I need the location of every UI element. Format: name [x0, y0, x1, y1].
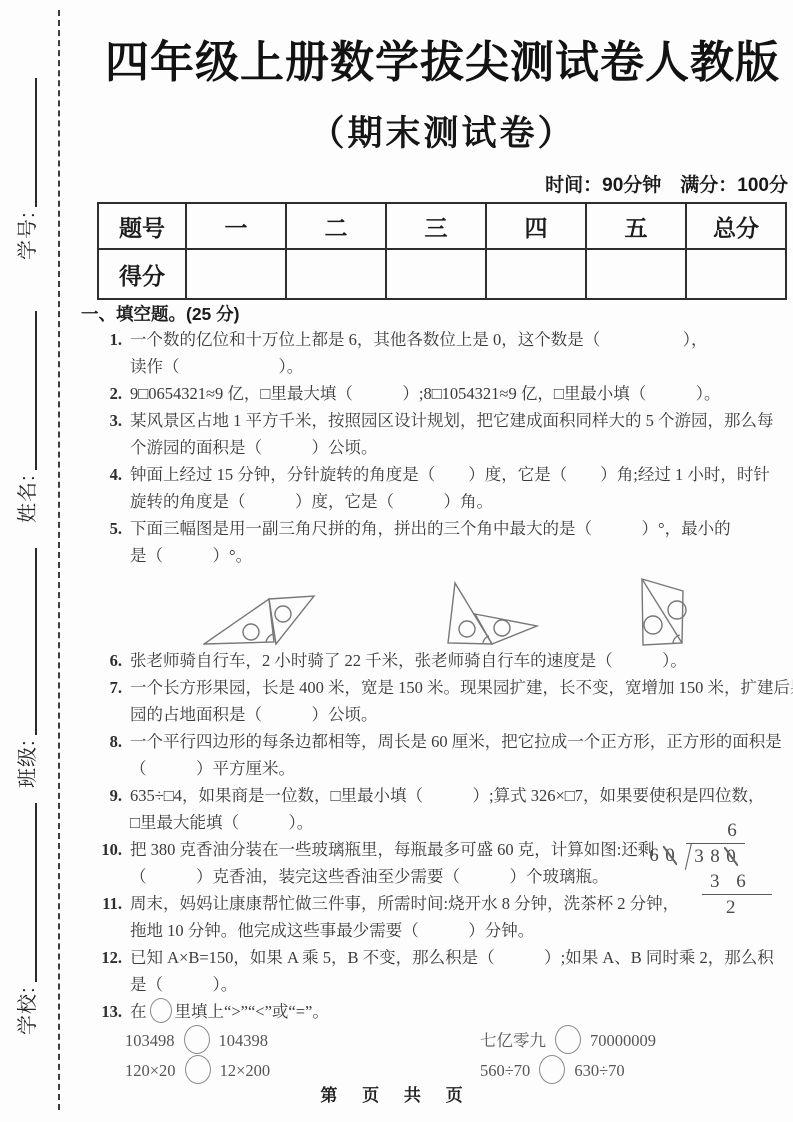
question-number: 13. [95, 998, 122, 1025]
question-number: 6. [95, 647, 122, 674]
score-header-cell: 一 [186, 203, 286, 249]
division-dividend: 380 [686, 843, 745, 869]
exam-page: 四年级上册数学拔尖测试卷人教版 （期末测试卷） 时间：90分钟 满分：100分 … [95, 0, 790, 1085]
class-blank-line [35, 548, 37, 735]
question-number: 4. [95, 461, 122, 488]
question-2-line-1: 2.9□0654321≈9 亿，□里最大填（ ）;8□1054321≈9 亿，□… [95, 380, 790, 407]
score-table-header-row: 题号 一 二 三 四 五 总分 [98, 203, 786, 249]
question-number: 9. [95, 782, 122, 809]
question-1-line-1: 1.一个数的亿位和十万位上都是 6，其他各数位上是 0，这个数是（ ）， [95, 326, 790, 353]
question-5-line-2: 是（ ）°。 [95, 542, 790, 569]
question-text: 一个长方形果园，长是 400 米，宽是 150 米。现果园扩建，长不变，宽增加 … [130, 678, 793, 697]
sidebar-student-id: 学号: [14, 78, 40, 260]
score-cell [286, 249, 386, 299]
long-division-figure: 6 6 0 380 3 6 2 [646, 818, 788, 920]
compare-circle-icon [184, 1025, 210, 1054]
page-footer: 第 页 共 页 [0, 1081, 793, 1106]
question-5-line-1: 5.下面三幅图是用一副三角尺拼的角，拼出的三个角中最大的是（ ）°，最小的 [95, 515, 790, 542]
score-header-cell: 三 [386, 203, 486, 249]
score-header-cell: 二 [286, 203, 386, 249]
question-text: 个游园的面积是（ ）公顷。 [130, 438, 378, 457]
score-header-cell: 总分 [686, 203, 786, 249]
division-main-row: 6 0 380 [646, 843, 788, 869]
compare-right-value: 630÷70 [574, 1061, 624, 1080]
score-cell [586, 249, 686, 299]
name-label: 姓名: [16, 474, 40, 523]
question-4-line-1: 4.钟面上经过 15 分钟，分针旋转的角度是（ ）度，它是（ ）角;经过 1 小… [95, 461, 790, 488]
question-text: □里最大能填（ ）。 [130, 813, 313, 832]
triangle-ruler-figure-2-icon [446, 581, 541, 647]
question-13-line-1: 13.在里填上“>”“<”或“=”。 [95, 998, 790, 1025]
compare-right-value: 70000009 [590, 1031, 656, 1050]
compare-circle-icon [150, 998, 172, 1023]
question-3-line-1: 3.某风景区占地 1 平方千米，按照园区设计规划，把它建成面积同样大的 5 个游… [95, 407, 790, 434]
question-text: 是（ ）°。 [130, 546, 252, 565]
question-9-line-1: 9.635÷□4，如果商是一位数，□里最小填（ ）;算式 326×□7，如果要使… [95, 782, 790, 809]
question-text: 钟面上经过 15 分钟，分针旋转的角度是（ ）度，它是（ ）角;经过 1 小时，… [130, 465, 770, 484]
question-text: 旋转的角度是（ ）度，它是（ ）角。 [130, 492, 493, 511]
question-7-line-2: 园的占地面积是（ ）公顷。 [95, 701, 790, 728]
question-number: 12. [95, 944, 122, 971]
question-number: 2. [95, 380, 122, 407]
score-header-cell: 题号 [98, 203, 186, 249]
exam-meta: 时间：90分钟 满分：100分 [95, 175, 790, 197]
question-number: 7. [95, 674, 122, 701]
student-id-blank-line [35, 78, 37, 207]
question-text: （ ）克香油，装完这些香油至少需要（ ）个玻璃瓶。 [130, 867, 609, 886]
question-text: 已知 A×B=150，如果 A 乘 5，B 不变，那么积是（ ）;如果 A、B … [130, 948, 774, 967]
sidebar-name: 姓名: [14, 311, 40, 523]
triangle-ruler-figure-1-icon [203, 595, 318, 647]
class-label: 班级: [16, 739, 40, 788]
compare-right-value: 12×200 [220, 1061, 271, 1080]
compare-circle-icon [185, 1055, 211, 1084]
question-number: 1. [95, 326, 122, 353]
score-header-cell: 五 [586, 203, 686, 249]
compare-circle-icon [555, 1025, 581, 1054]
section-heading: 一、填空题。(25 分) [81, 302, 790, 326]
question-text: 9□0654321≈9 亿，□里最大填（ ）;8□1054321≈9 亿，□里最… [130, 384, 721, 403]
page-title: 四年级上册数学拔尖测试卷人教版 [95, 36, 790, 90]
question-text: 是（ ）。 [130, 975, 237, 994]
score-row-label: 得分 [98, 249, 186, 299]
score-cell [386, 249, 486, 299]
question-text: 里填上“>”“<”或“=”。 [175, 1002, 329, 1021]
page-subtitle: （期末测试卷） [95, 111, 790, 157]
name-blank-line [35, 311, 37, 470]
question-11-line-2: 拖地 10 分钟。他完成这些事最少需要（ ）分钟。 [95, 917, 790, 944]
division-dividend-struck-zero: 0 [723, 844, 739, 869]
compare-left-value: 560÷70 [480, 1061, 530, 1080]
school-label: 学校: [16, 986, 40, 1035]
question-text: 周末，妈妈让康康帮忙做三件事，所需时间:烧开水 8 分钟，洗茶杯 2 分钟， [130, 894, 679, 913]
sidebar-class: 班级: [14, 548, 40, 788]
question-number: 5. [95, 515, 122, 542]
compare-left-value: 七亿零九 [480, 1031, 546, 1050]
question-text: 某风景区占地 1 平方千米，按照园区设计规划，把它建成面积同样大的 5 个游园，… [130, 411, 774, 430]
compare-item: 103498104398 [125, 1025, 480, 1055]
triangle-ruler-figure-3-icon [636, 577, 698, 647]
score-cell [186, 249, 286, 299]
question-number: 11. [95, 890, 122, 917]
question-text: 在 [130, 1002, 147, 1021]
question-12-line-1: 12.已知 A×B=150，如果 A 乘 5，B 不变，那么积是（ ）;如果 A… [95, 944, 790, 971]
question-text: 读作（ ）。 [130, 357, 303, 376]
score-cell [686, 249, 786, 299]
division-remainder: 2 [702, 895, 788, 920]
questions-section: 一、填空题。(25 分) 1.一个数的亿位和十万位上都是 6，其他各数位上是 0… [95, 302, 790, 1085]
compare-row-1: 103498104398 七亿零九70000009 [95, 1025, 790, 1055]
triangle-figures-row [203, 569, 790, 647]
question-4-line-2: 旋转的角度是（ ）度，它是（ ）角。 [95, 488, 790, 515]
question-6-line-1: 6.张老师骑自行车，2 小时骑了 22 千米，张老师骑自行车的速度是（ ）。 [95, 647, 790, 674]
score-table-score-row: 得分 [98, 249, 786, 299]
compare-left-value: 120×20 [125, 1061, 176, 1080]
question-8-line-1: 8.一个平行四边形的每条边都相等，周长是 60 厘米，把它拉成一个正方形，正方形… [95, 728, 790, 755]
question-number: 10. [95, 836, 122, 863]
question-text: 下面三幅图是用一副三角尺拼的角，拼出的三个角中最大的是（ ）°，最小的 [130, 519, 731, 538]
compare-item: 七亿零九70000009 [480, 1025, 790, 1055]
score-cell [486, 249, 586, 299]
question-number: 8. [95, 728, 122, 755]
sidebar-school: 学校: [14, 803, 40, 1035]
question-text: 一个数的亿位和十万位上都是 6，其他各数位上是 0，这个数是（ ）， [130, 330, 708, 349]
score-header-cell: 四 [486, 203, 586, 249]
student-id-label: 学号: [16, 211, 40, 260]
compare-left-value: 103498 [125, 1031, 175, 1050]
margin-dashed-line [58, 10, 60, 1110]
division-divisor-digit: 6 [646, 843, 662, 868]
question-3-line-2: 个游园的面积是（ ）公顷。 [95, 434, 790, 461]
compare-right-value: 104398 [219, 1031, 269, 1050]
score-table: 题号 一 二 三 四 五 总分 得分 [97, 202, 787, 300]
question-text: 一个平行四边形的每条边都相等，周长是 60 厘米，把它拉成一个正方形，正方形的面… [130, 732, 782, 751]
question-8-line-2: （ ）平方厘米。 [95, 755, 790, 782]
question-1-line-2: 读作（ ）。 [95, 353, 790, 380]
question-text: （ ）平方厘米。 [130, 759, 295, 778]
school-blank-line [35, 803, 37, 982]
compare-circle-icon [539, 1055, 565, 1084]
question-text: 园的占地面积是（ ）公顷。 [130, 705, 378, 724]
question-text: 张老师骑自行车，2 小时骑了 22 千米，张老师骑自行车的速度是（ ）。 [130, 651, 687, 670]
question-12-line-2: 是（ ）。 [95, 971, 790, 998]
division-product: 3 6 [702, 869, 772, 895]
question-text: 拖地 10 分钟。他完成这些事最少需要（ ）分钟。 [130, 921, 534, 940]
question-number: 3. [95, 407, 122, 434]
question-text: 把 380 克香油分装在一些玻璃瓶里，每瓶最多可盛 60 克，计算如图:还剩 [130, 840, 654, 859]
division-quotient: 6 [646, 818, 788, 843]
question-7-line-1: 7.一个长方形果园，长是 400 米，宽是 150 米。现果园扩建，长不变，宽增… [95, 674, 790, 701]
question-text: 635÷□4，如果商是一位数，□里最小填（ ）;算式 326×□7，如果要使积是… [130, 786, 764, 805]
